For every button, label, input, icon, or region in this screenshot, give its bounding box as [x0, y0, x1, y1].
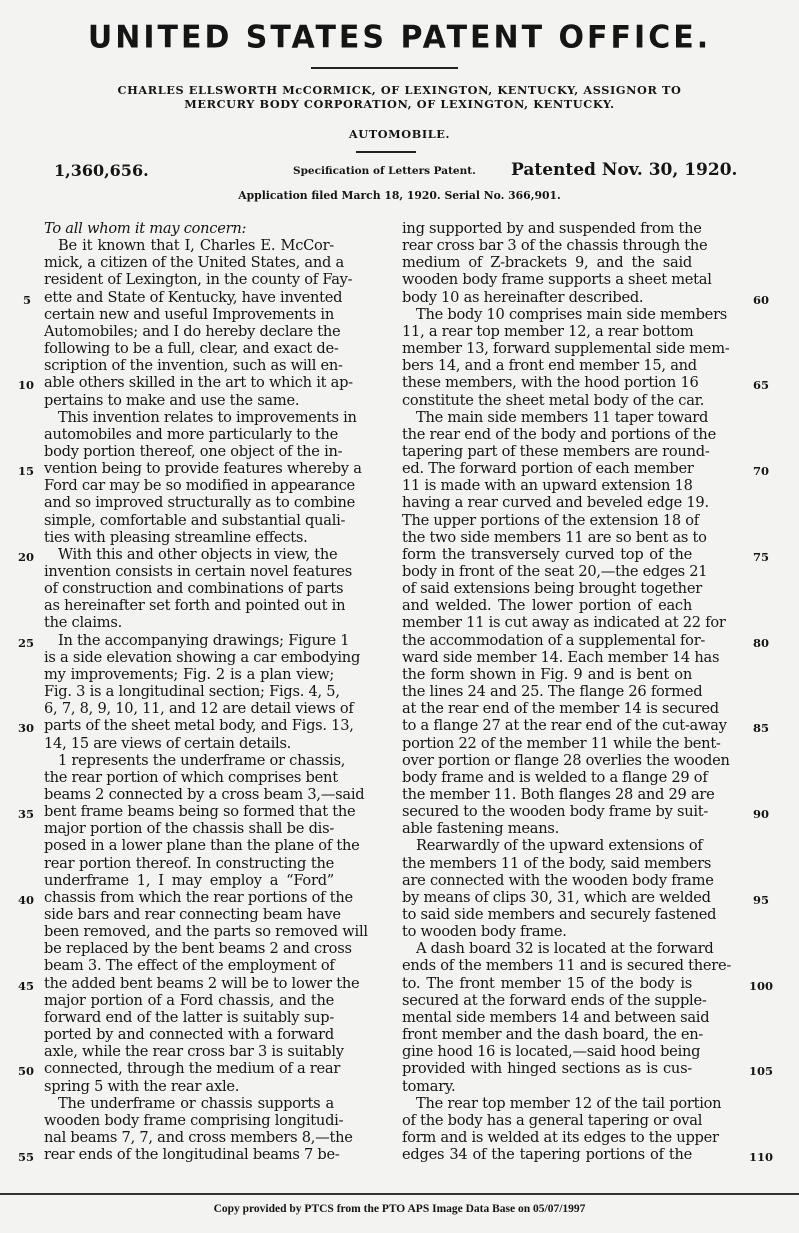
text-line: body portion thereof, one object of the … [44, 443, 334, 460]
subtitle-divider [356, 151, 416, 153]
text-line: 1 represents the underframe or chassis, [44, 752, 334, 769]
text-line: mick, a citizen of the United States, an… [44, 254, 334, 271]
text-line: simple, comfortable and substantial qual… [44, 512, 334, 529]
line-number: 85 [753, 721, 769, 735]
inventor-line-2: MERCURY BODY CORPORATION, OF LEXINGTON, … [0, 97, 799, 111]
text-line: tapering part of these members are round… [402, 443, 692, 460]
text-line: member 13, forward supplemental side mem… [402, 340, 692, 357]
text-line: secured at the forward ends of the suppl… [402, 992, 692, 1009]
text-line: vention being to provide features whereb… [44, 460, 334, 477]
text-line: side bars and rear connecting beam have [44, 906, 334, 923]
text-line: the accommodation of a supplemental for- [402, 632, 692, 649]
line-number: 10 [18, 378, 34, 392]
line-number: 35 [18, 807, 34, 821]
text-line: the two side members 11 are so bent as t… [402, 529, 692, 546]
text-line: these members, with the hood portion 16 [402, 374, 692, 391]
text-line: are connected with the wooden body frame [402, 872, 692, 889]
text-line: underframe 1, I may employ a “Ford” [44, 872, 334, 889]
text-line: A dash board 32 is located at the forwar… [402, 940, 692, 957]
line-number: 30 [18, 721, 34, 735]
text-line: my improvements; Fig. 2 is a plan view; [44, 666, 334, 683]
title-divider [311, 67, 458, 69]
text-line: to wooden body frame. [402, 923, 692, 940]
text-line: Rearwardly of the upward extensions of [402, 837, 692, 854]
text-line: The body 10 comprises main side members [402, 306, 692, 323]
text-line: major portion of a Ford chassis, and the [44, 992, 334, 1009]
text-line: rear cross bar 3 of the chassis through … [402, 237, 692, 254]
text-line: 14, 15 are views of certain details. [44, 735, 334, 752]
office-title: UNITED STATES PATENT OFFICE. [0, 19, 799, 56]
text-line: To all whom it may concern: [44, 220, 334, 237]
line-number: 80 [753, 636, 769, 650]
text-line: connected, through the medium of a rear [44, 1060, 334, 1077]
text-line: having a rear curved and beveled edge 19… [402, 494, 692, 511]
text-line: the added bent beams 2 will be to lower … [44, 975, 334, 992]
text-line: scription of the invention, such as will… [44, 357, 334, 374]
text-line: the rear end of the body and portions of… [402, 426, 692, 443]
text-line: resident of Lexington, in the county of … [44, 271, 334, 288]
line-number: 70 [753, 464, 769, 478]
text-line: member 11 is cut away as indicated at 22… [402, 614, 692, 631]
text-line: spring 5 with the rear axle. [44, 1078, 334, 1095]
text-line: the members 11 of the body, said members [402, 855, 692, 872]
text-line: following to be a full, clear, and exact… [44, 340, 334, 357]
text-line: 6, 7, 8, 9, 10, 11, and 12 are detail vi… [44, 700, 334, 717]
text-line: The underframe or chassis supports a [44, 1095, 334, 1112]
line-number: 110 [749, 1150, 773, 1164]
line-number: 100 [749, 979, 773, 993]
text-line: chassis from which the rear portions of … [44, 889, 334, 906]
text-line: and welded. The lower portion of each [402, 597, 692, 614]
text-line: of the body has a general tapering or ov… [402, 1112, 692, 1129]
specification-label: Specification of Letters Patent. [293, 165, 476, 177]
text-line: ing supported by and suspended from the [402, 220, 692, 237]
text-line: gine hood 16 is located,—said hood being [402, 1043, 692, 1060]
text-line: certain new and useful Improvements in [44, 306, 334, 323]
line-number: 15 [18, 464, 34, 478]
text-line: With this and other objects in view, the [44, 546, 334, 563]
text-line: ed. The forward portion of each member [402, 460, 692, 477]
text-line: by means of clips 30, 31, which are weld… [402, 889, 692, 906]
text-line: to a flange 27 at the rear end of the cu… [402, 717, 692, 734]
line-number: 90 [753, 807, 769, 821]
text-line: secured to the wooden body frame by suit… [402, 803, 692, 820]
text-line: and so improved structurally as to combi… [44, 494, 334, 511]
text-line: is a side elevation showing a car embody… [44, 649, 334, 666]
text-line: of said extensions being brought togethe… [402, 580, 692, 597]
text-line: provided with hinged sections as is cus- [402, 1060, 692, 1077]
text-line: ette and State of Kentucky, have invente… [44, 289, 334, 306]
text-line: major portion of the chassis shall be di… [44, 820, 334, 837]
line-number: 45 [18, 979, 34, 993]
line-number: 105 [749, 1064, 773, 1078]
text-line: body in front of the seat 20,—the edges … [402, 563, 692, 580]
text-line: front member and the dash board, the en- [402, 1026, 692, 1043]
text-line: ward side member 14. Each member 14 has [402, 649, 692, 666]
patented-date: Patented Nov. 30, 1920. [511, 160, 737, 180]
text-line: ends of the members 11 and is secured th… [402, 957, 692, 974]
text-line: Ford car may be so modified in appearanc… [44, 477, 334, 494]
line-number: 60 [753, 293, 769, 307]
text-line: to. The front member 15 of the body is [402, 975, 692, 992]
text-line: invention consists in certain novel feat… [44, 563, 334, 580]
line-number: 50 [18, 1064, 34, 1078]
text-line: to said side members and securely fasten… [402, 906, 692, 923]
text-line: ties with pleasing streamline effects. [44, 529, 334, 546]
inventor-line-1: CHARLES ELLSWORTH McCORMICK, OF LEXINGTO… [0, 83, 799, 97]
text-line: 11 is made with an upward extension 18 [402, 477, 692, 494]
text-line: the claims. [44, 614, 334, 631]
text-line: ported by and connected with a forward [44, 1026, 334, 1043]
text-line: mental side members 14 and between said [402, 1009, 692, 1026]
text-line: posed in a lower plane than the plane of… [44, 837, 334, 854]
text-line: able fastening means. [402, 820, 692, 837]
text-line: at the rear end of the member 14 is secu… [402, 700, 692, 717]
text-line: Be it known that I, Charles E. McCor- [44, 237, 334, 254]
text-line: forward end of the latter is suitably su… [44, 1009, 334, 1026]
text-line: as hereinafter set forth and pointed out… [44, 597, 334, 614]
line-number: 20 [18, 550, 34, 564]
text-line: bers 14, and a front end member 15, and [402, 357, 692, 374]
text-line: automobiles and more particularly to the [44, 426, 334, 443]
text-line: of construction and combinations of part… [44, 580, 334, 597]
text-line: beam 3. The effect of the employment of [44, 957, 334, 974]
text-line: nal beams 7, 7, and cross members 8,—the [44, 1129, 334, 1146]
patent-number: 1,360,656. [54, 161, 149, 180]
text-line: pertains to make and use the same. [44, 392, 334, 409]
text-line: been removed, and the parts so removed w… [44, 923, 334, 940]
line-number: 65 [753, 378, 769, 392]
text-line: rear portion thereof. In constructing th… [44, 855, 334, 872]
text-line: body 10 as hereinafter described. [402, 289, 692, 306]
text-line: bent frame beams being so formed that th… [44, 803, 334, 820]
application-line: Application filed March 18, 1920. Serial… [0, 189, 799, 202]
text-line: able others skilled in the art to which … [44, 374, 334, 391]
text-line: 11, a rear top member 12, a rear bottom [402, 323, 692, 340]
text-line: In the accompanying drawings; Figure 1 [44, 632, 334, 649]
text-line: parts of the sheet metal body, and Figs.… [44, 717, 334, 734]
footer-rule [0, 1193, 799, 1195]
text-line: tomary. [402, 1078, 692, 1095]
text-line: form the transversely curved top of the [402, 546, 692, 563]
text-line: the form shown in Fig. 9 and is bent on [402, 666, 692, 683]
line-number: 55 [18, 1150, 34, 1164]
line-number: 40 [18, 893, 34, 907]
invention-title: AUTOMOBILE. [0, 127, 799, 141]
text-line: over portion or flange 28 overlies the w… [402, 752, 692, 769]
text-line: Fig. 3 is a longitudinal section; Figs. … [44, 683, 334, 700]
text-line: medium of Z-brackets 9, and the said [402, 254, 692, 271]
line-number: 25 [18, 636, 34, 650]
line-number: 5 [23, 293, 31, 307]
text-line: the rear portion of which comprises bent [44, 769, 334, 786]
text-line: The upper portions of the extension 18 o… [402, 512, 692, 529]
text-line: body frame and is welded to a flange 29 … [402, 769, 692, 786]
text-line: wooden body frame comprising longitudi- [44, 1112, 334, 1129]
text-line: wooden body frame supports a sheet metal [402, 271, 692, 288]
text-line: Automobiles; and I do hereby declare the [44, 323, 334, 340]
text-line: The main side members 11 taper toward [402, 409, 692, 426]
text-line: the member 11. Both flanges 28 and 29 ar… [402, 786, 692, 803]
text-line: This invention relates to improvements i… [44, 409, 334, 426]
line-number: 95 [753, 893, 769, 907]
text-line: edges 34 of the tapering portions of the [402, 1146, 692, 1163]
text-line: constitute the sheet metal body of the c… [402, 392, 692, 409]
text-line: beams 2 connected by a cross beam 3,—sai… [44, 786, 334, 803]
text-line: axle, while the rear cross bar 3 is suit… [44, 1043, 334, 1060]
text-line: form and is welded at its edges to the u… [402, 1129, 692, 1146]
text-line: the lines 24 and 25. The flange 26 forme… [402, 683, 692, 700]
text-line: rear ends of the longitudinal beams 7 be… [44, 1146, 334, 1163]
line-number: 75 [753, 550, 769, 564]
copy-notice: Copy provided by PTCS from the PTO APS I… [0, 1203, 799, 1215]
text-line: portion 22 of the member 11 while the be… [402, 735, 692, 752]
text-line: be replaced by the bent beams 2 and cros… [44, 940, 334, 957]
text-line: The rear top member 12 of the tail porti… [402, 1095, 692, 1112]
